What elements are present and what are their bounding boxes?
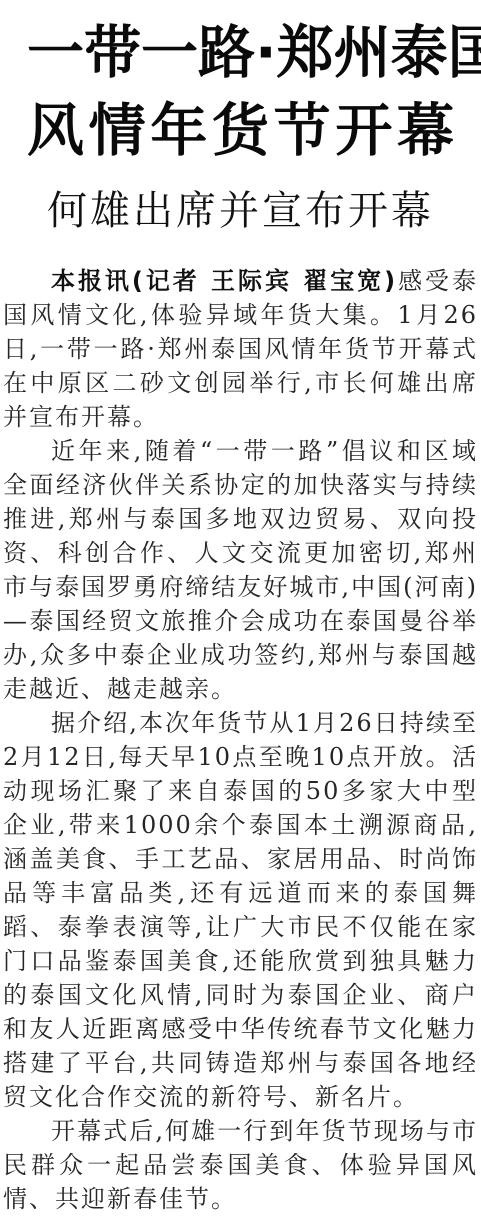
paragraph-1-lead: 本报讯(记者 王际宾 翟宝宽)	[51, 267, 397, 295]
paragraph-2-text: 近年来,随着“一带一路”倡议和区域全面经济伙伴关系协定的加快落实与持续推进,郑州…	[3, 437, 478, 703]
paragraph-2: 近年来,随着“一带一路”倡议和区域全面经济伙伴关系协定的加快落实与持续推进,郑州…	[3, 434, 478, 706]
article-body: 本报讯(记者 王际宾 翟宝宽)感受泰国风情文化,体验异域年货大集。1月26日,一…	[0, 264, 481, 1216]
paragraph-3: 据介绍,本次年货节从1月26日持续至2月12日,每天早10点至晚10点开放。活动…	[3, 706, 478, 1114]
newspaper-article: 一带一路·郑州泰国 风情年货节开幕 何雄出席并宣布开幕 本报讯(记者 王际宾 翟…	[0, 0, 481, 1217]
paragraph-1: 本报讯(记者 王际宾 翟宝宽)感受泰国风情文化,体验异域年货大集。1月26日,一…	[3, 264, 478, 434]
paragraph-4-text: 开幕式后,何雄一行到年货节现场与市民群众一起品尝泰国美食、体验异国风情、共迎新春…	[3, 1117, 478, 1213]
paragraph-4: 开幕式后,何雄一行到年货节现场与市民群众一起品尝泰国美食、体验异国风情、共迎新春…	[3, 1114, 478, 1216]
headline-line-1: 一带一路·郑州泰国	[27, 14, 454, 92]
article-headline: 一带一路·郑州泰国 风情年货节开幕	[27, 14, 454, 170]
article-subheadline: 何雄出席并宣布开幕	[20, 186, 461, 236]
headline-line-2: 风情年货节开幕	[27, 92, 454, 170]
paragraph-3-text: 据介绍,本次年货节从1月26日持续至2月12日,每天早10点至晚10点开放。活动…	[3, 709, 478, 1111]
